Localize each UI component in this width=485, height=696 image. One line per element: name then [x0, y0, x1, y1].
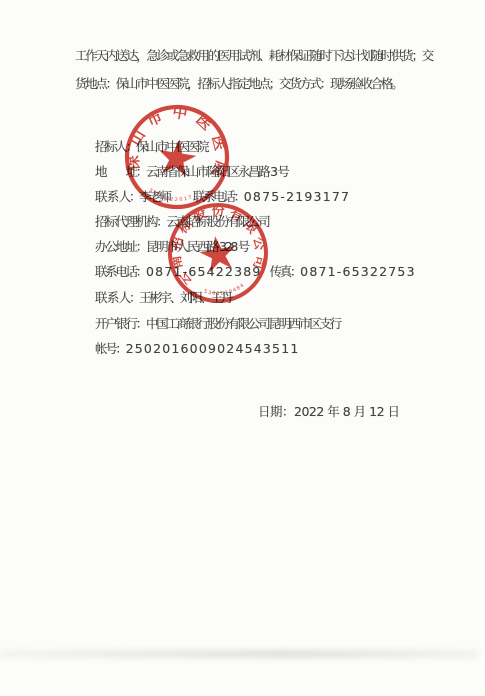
field-label: 招标代理机构： — [95, 214, 166, 229]
field-value: 2502016009024543511 — [126, 341, 300, 356]
field-label: 开户银行： — [95, 316, 146, 331]
field-value: 0871-65322753 — [300, 264, 416, 279]
date-line: 日期：2022 年 8 月 12 日 — [258, 402, 400, 420]
field-value: 中国工商银行股份有限公司昆明西市区支行 — [146, 316, 340, 331]
field-label: 帐号： — [95, 341, 126, 356]
star-icon — [155, 136, 198, 178]
field-label: 办公地址： — [95, 239, 146, 254]
paragraph-line: 工作天内送达，急诊或急救用的医用试剂、耗材保证随时下达计划随时供货；交 — [75, 42, 445, 70]
scanned-page: 工作天内送达，急诊或急救用的医用试剂、耗材保证随时下达计划随时供货；交 货地点：… — [0, 0, 485, 696]
star-icon — [197, 233, 239, 273]
body-paragraph: 工作天内送达，急诊或急救用的医用试剂、耗材保证随时下达计划随时供货；交 货地点：… — [75, 42, 445, 98]
field-label: 联系电话： — [95, 264, 146, 279]
agency-seal-stamp: 云南招标股份有限公司 5301010484 — [157, 192, 280, 315]
field-label: 联 系 人： — [95, 290, 139, 305]
info-row-bank: 开户银行：中国工商银行股份有限公司昆明西市区支行 — [95, 317, 340, 330]
page-edge-shadow — [0, 650, 478, 658]
info-row-account: 帐号：2502016009024543511 — [95, 342, 300, 355]
